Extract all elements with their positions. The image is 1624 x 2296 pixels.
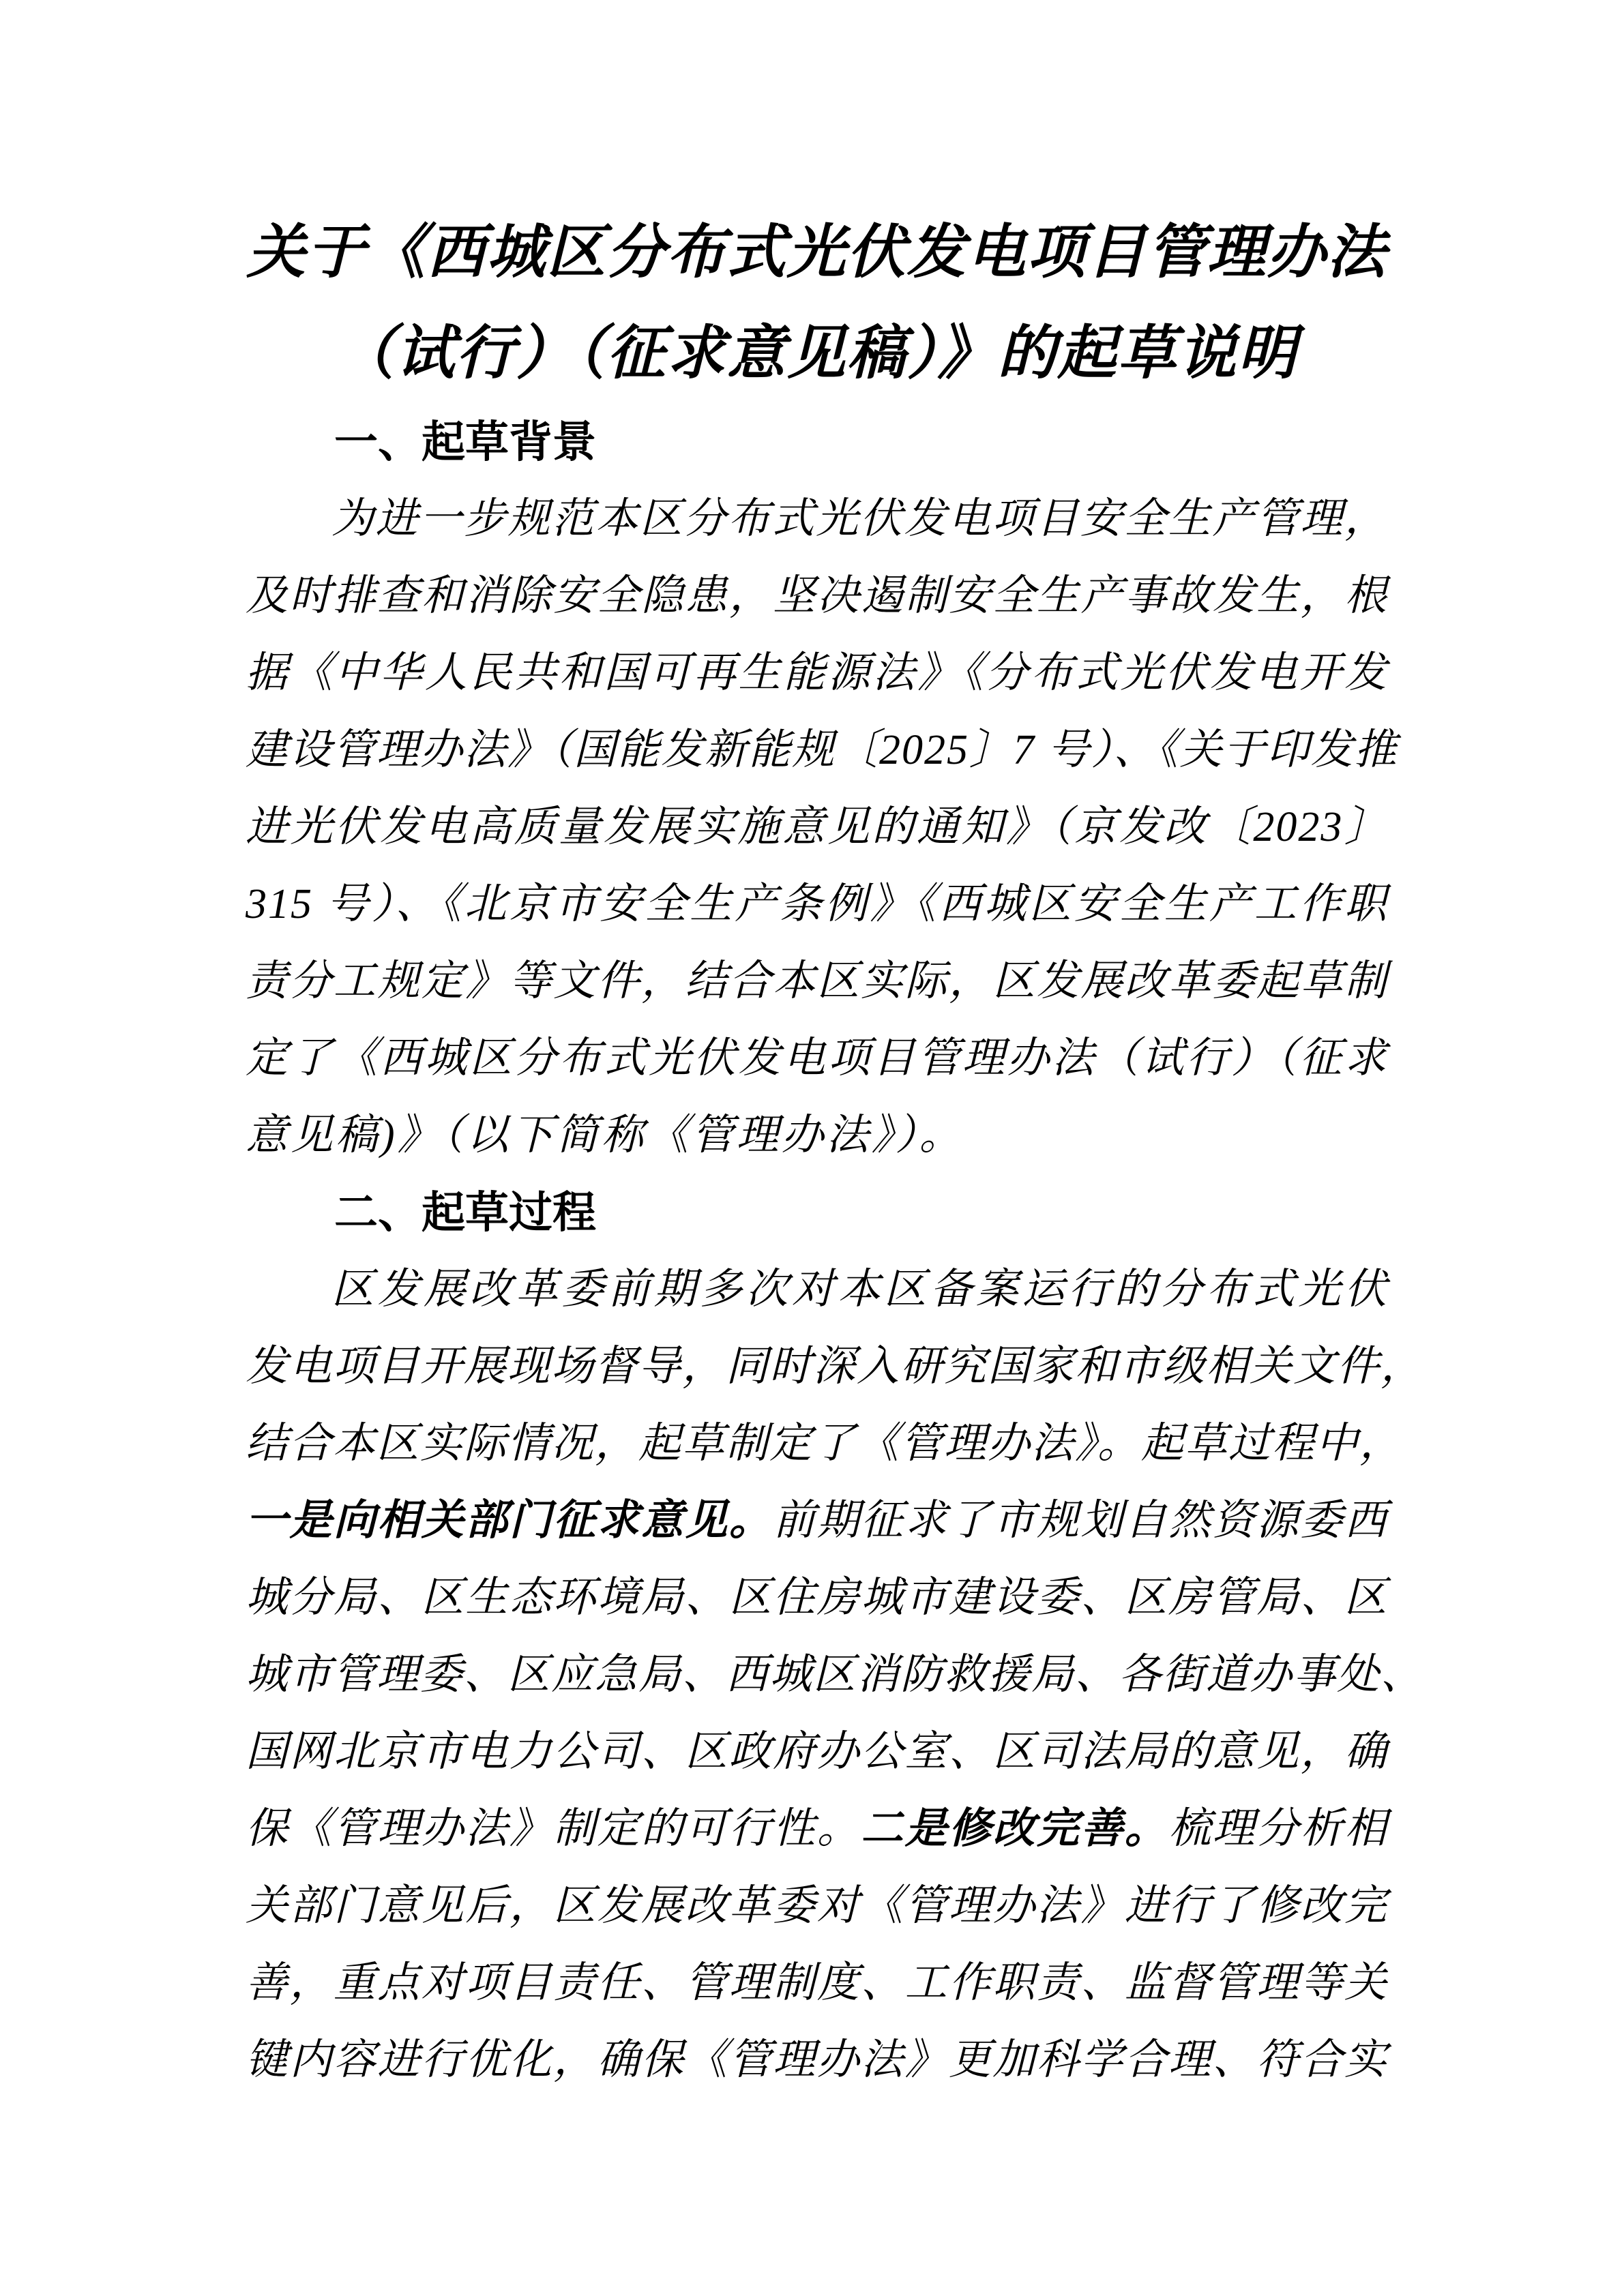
text-segment: 结合本区实际情况，起草制定了《管理办法》。起草过程中， bbox=[246, 1420, 1403, 1467]
text-segment: 据《中华人民共和国可再生能源法》《分布式光伏发电开发 bbox=[246, 650, 1388, 696]
body-line: 区发展改革委前期多次对本区备案运行的分布式光伏 bbox=[246, 1251, 1388, 1328]
text-segment: 区发展改革委前期多次对本区备案运行的分布式光伏 bbox=[331, 1266, 1388, 1313]
title-line-2: （试行）（征求意见稿）》的起草说明 bbox=[246, 303, 1388, 404]
body-line: 国网北京市电力公司、区政府办公室、区司法局的意见，确 bbox=[246, 1714, 1388, 1791]
body-line: 善，重点对项目责任、管理制度、工作职责、监督管理等关 bbox=[246, 1945, 1388, 2022]
text-segment: 责分工规定》等文件，结合本区实际，区发展改革委起草制 bbox=[246, 958, 1388, 1004]
text-segment: 梳理分析相 bbox=[1168, 1806, 1388, 1852]
body-line: 关部门意见后，区发展改革委对《管理办法》进行了修改完 bbox=[246, 1868, 1388, 1945]
text-segment: 发电项目开展现场督导，同时深入研究国家和市级相关文件， bbox=[246, 1343, 1424, 1390]
document-content: 关于《西城区分布式光伏发电项目管理办法 （试行）（征求意见稿）》的起草说明 一、… bbox=[246, 0, 1388, 2099]
document-section: 二、起草过程区发展改革委前期多次对本区备案运行的分布式光伏发电项目开展现场督导，… bbox=[246, 1174, 1388, 2099]
text-segment: 前期征求了市规划自然资源委西 bbox=[773, 1497, 1388, 1544]
text-segment: 保《管理办法》制定的可行性。 bbox=[246, 1806, 861, 1852]
text-segment: 定了《西城区分布式光伏发电项目管理办法（试行）（征求 bbox=[246, 1035, 1388, 1082]
body-line: 为进一步规范本区分布式光伏发电项目安全生产管理， bbox=[246, 481, 1388, 558]
text-segment: 建设管理办法》（国能发新能规〔2025〕7 号）、《关于印发推 bbox=[246, 727, 1398, 773]
body-line: 结合本区实际情况，起草制定了《管理办法》。起草过程中， bbox=[246, 1405, 1388, 1482]
text-segment: 315 号）、《北京市安全生产条例》《西城区安全生产工作职 bbox=[246, 881, 1388, 927]
body-line: 责分工规定》等文件，结合本区实际，区发展改革委起草制 bbox=[246, 943, 1388, 1020]
title-line-1: 关于《西城区分布式光伏发电项目管理办法 bbox=[246, 202, 1388, 303]
text-segment: 进光伏发电高质量发展实施意见的通知》（京发改〔2023〕 bbox=[246, 804, 1388, 850]
text-segment: 城市管理委、区应急局、西城区消防救援局、各街道办事处、 bbox=[246, 1652, 1424, 1698]
document-page: 关于《西城区分布式光伏发电项目管理办法 （试行）（征求意见稿）》的起草说明 一、… bbox=[0, 0, 1624, 2296]
text-segment: 善，重点对项目责任、管理制度、工作职责、监督管理等关 bbox=[246, 1960, 1388, 2006]
text-segment: 城分局、区生态环境局、区住房城市建设委、区房管局、区 bbox=[246, 1575, 1388, 1621]
body-line: 建设管理办法》（国能发新能规〔2025〕7 号）、《关于印发推 bbox=[246, 712, 1388, 789]
text-segment: 为进一步规范本区分布式光伏发电项目安全生产管理， bbox=[331, 496, 1388, 542]
document-section: 一、起草背景为进一步规范本区分布式光伏发电项目安全生产管理，及时排查和消除安全隐… bbox=[246, 404, 1388, 1174]
body-line: 键内容进行优化，确保《管理办法》更加科学合理、符合实 bbox=[246, 2022, 1388, 2099]
document-body: 一、起草背景为进一步规范本区分布式光伏发电项目安全生产管理，及时排查和消除安全隐… bbox=[246, 404, 1388, 2099]
body-line: 城市管理委、区应急局、西城区消防救援局、各街道办事处、 bbox=[246, 1637, 1388, 1714]
body-line: 意见稿)》（以下简称《管理办法》）。 bbox=[246, 1097, 1388, 1174]
body-line: 及时排查和消除安全隐患，坚决遏制安全生产事故发生，根 bbox=[246, 558, 1388, 635]
section-heading: 二、起草过程 bbox=[246, 1174, 1388, 1251]
body-line: 一是向相关部门征求意见。前期征求了市规划自然资源委西 bbox=[246, 1482, 1388, 1560]
text-segment: 意见稿)》（以下简称《管理办法》）。 bbox=[246, 1112, 964, 1159]
bold-text-segment: 二是修改完善。 bbox=[861, 1806, 1168, 1852]
body-line: 据《中华人民共和国可再生能源法》《分布式光伏发电开发 bbox=[246, 635, 1388, 712]
document-title: 关于《西城区分布式光伏发电项目管理办法 （试行）（征求意见稿）》的起草说明 bbox=[246, 202, 1388, 404]
text-segment: 国网北京市电力公司、区政府办公室、区司法局的意见，确 bbox=[246, 1729, 1388, 1775]
body-line: 315 号）、《北京市安全生产条例》《西城区安全生产工作职 bbox=[246, 866, 1388, 943]
body-line: 城分局、区生态环境局、区住房城市建设委、区房管局、区 bbox=[246, 1560, 1388, 1637]
section-heading: 一、起草背景 bbox=[246, 404, 1388, 481]
text-segment: 键内容进行优化，确保《管理办法》更加科学合理、符合实 bbox=[246, 2037, 1388, 2083]
bold-text-segment: 一是向相关部门征求意见。 bbox=[246, 1497, 773, 1544]
body-line: 发电项目开展现场督导，同时深入研究国家和市级相关文件， bbox=[246, 1328, 1388, 1405]
body-line: 进光伏发电高质量发展实施意见的通知》（京发改〔2023〕 bbox=[246, 789, 1388, 866]
text-segment: 及时排查和消除安全隐患，坚决遏制安全生产事故发生，根 bbox=[246, 573, 1388, 619]
body-line: 定了《西城区分布式光伏发电项目管理办法（试行）（征求 bbox=[246, 1020, 1388, 1097]
body-line: 保《管理办法》制定的可行性。二是修改完善。梳理分析相 bbox=[246, 1791, 1388, 1868]
text-segment: 关部门意见后，区发展改革委对《管理办法》进行了修改完 bbox=[246, 1883, 1388, 1929]
